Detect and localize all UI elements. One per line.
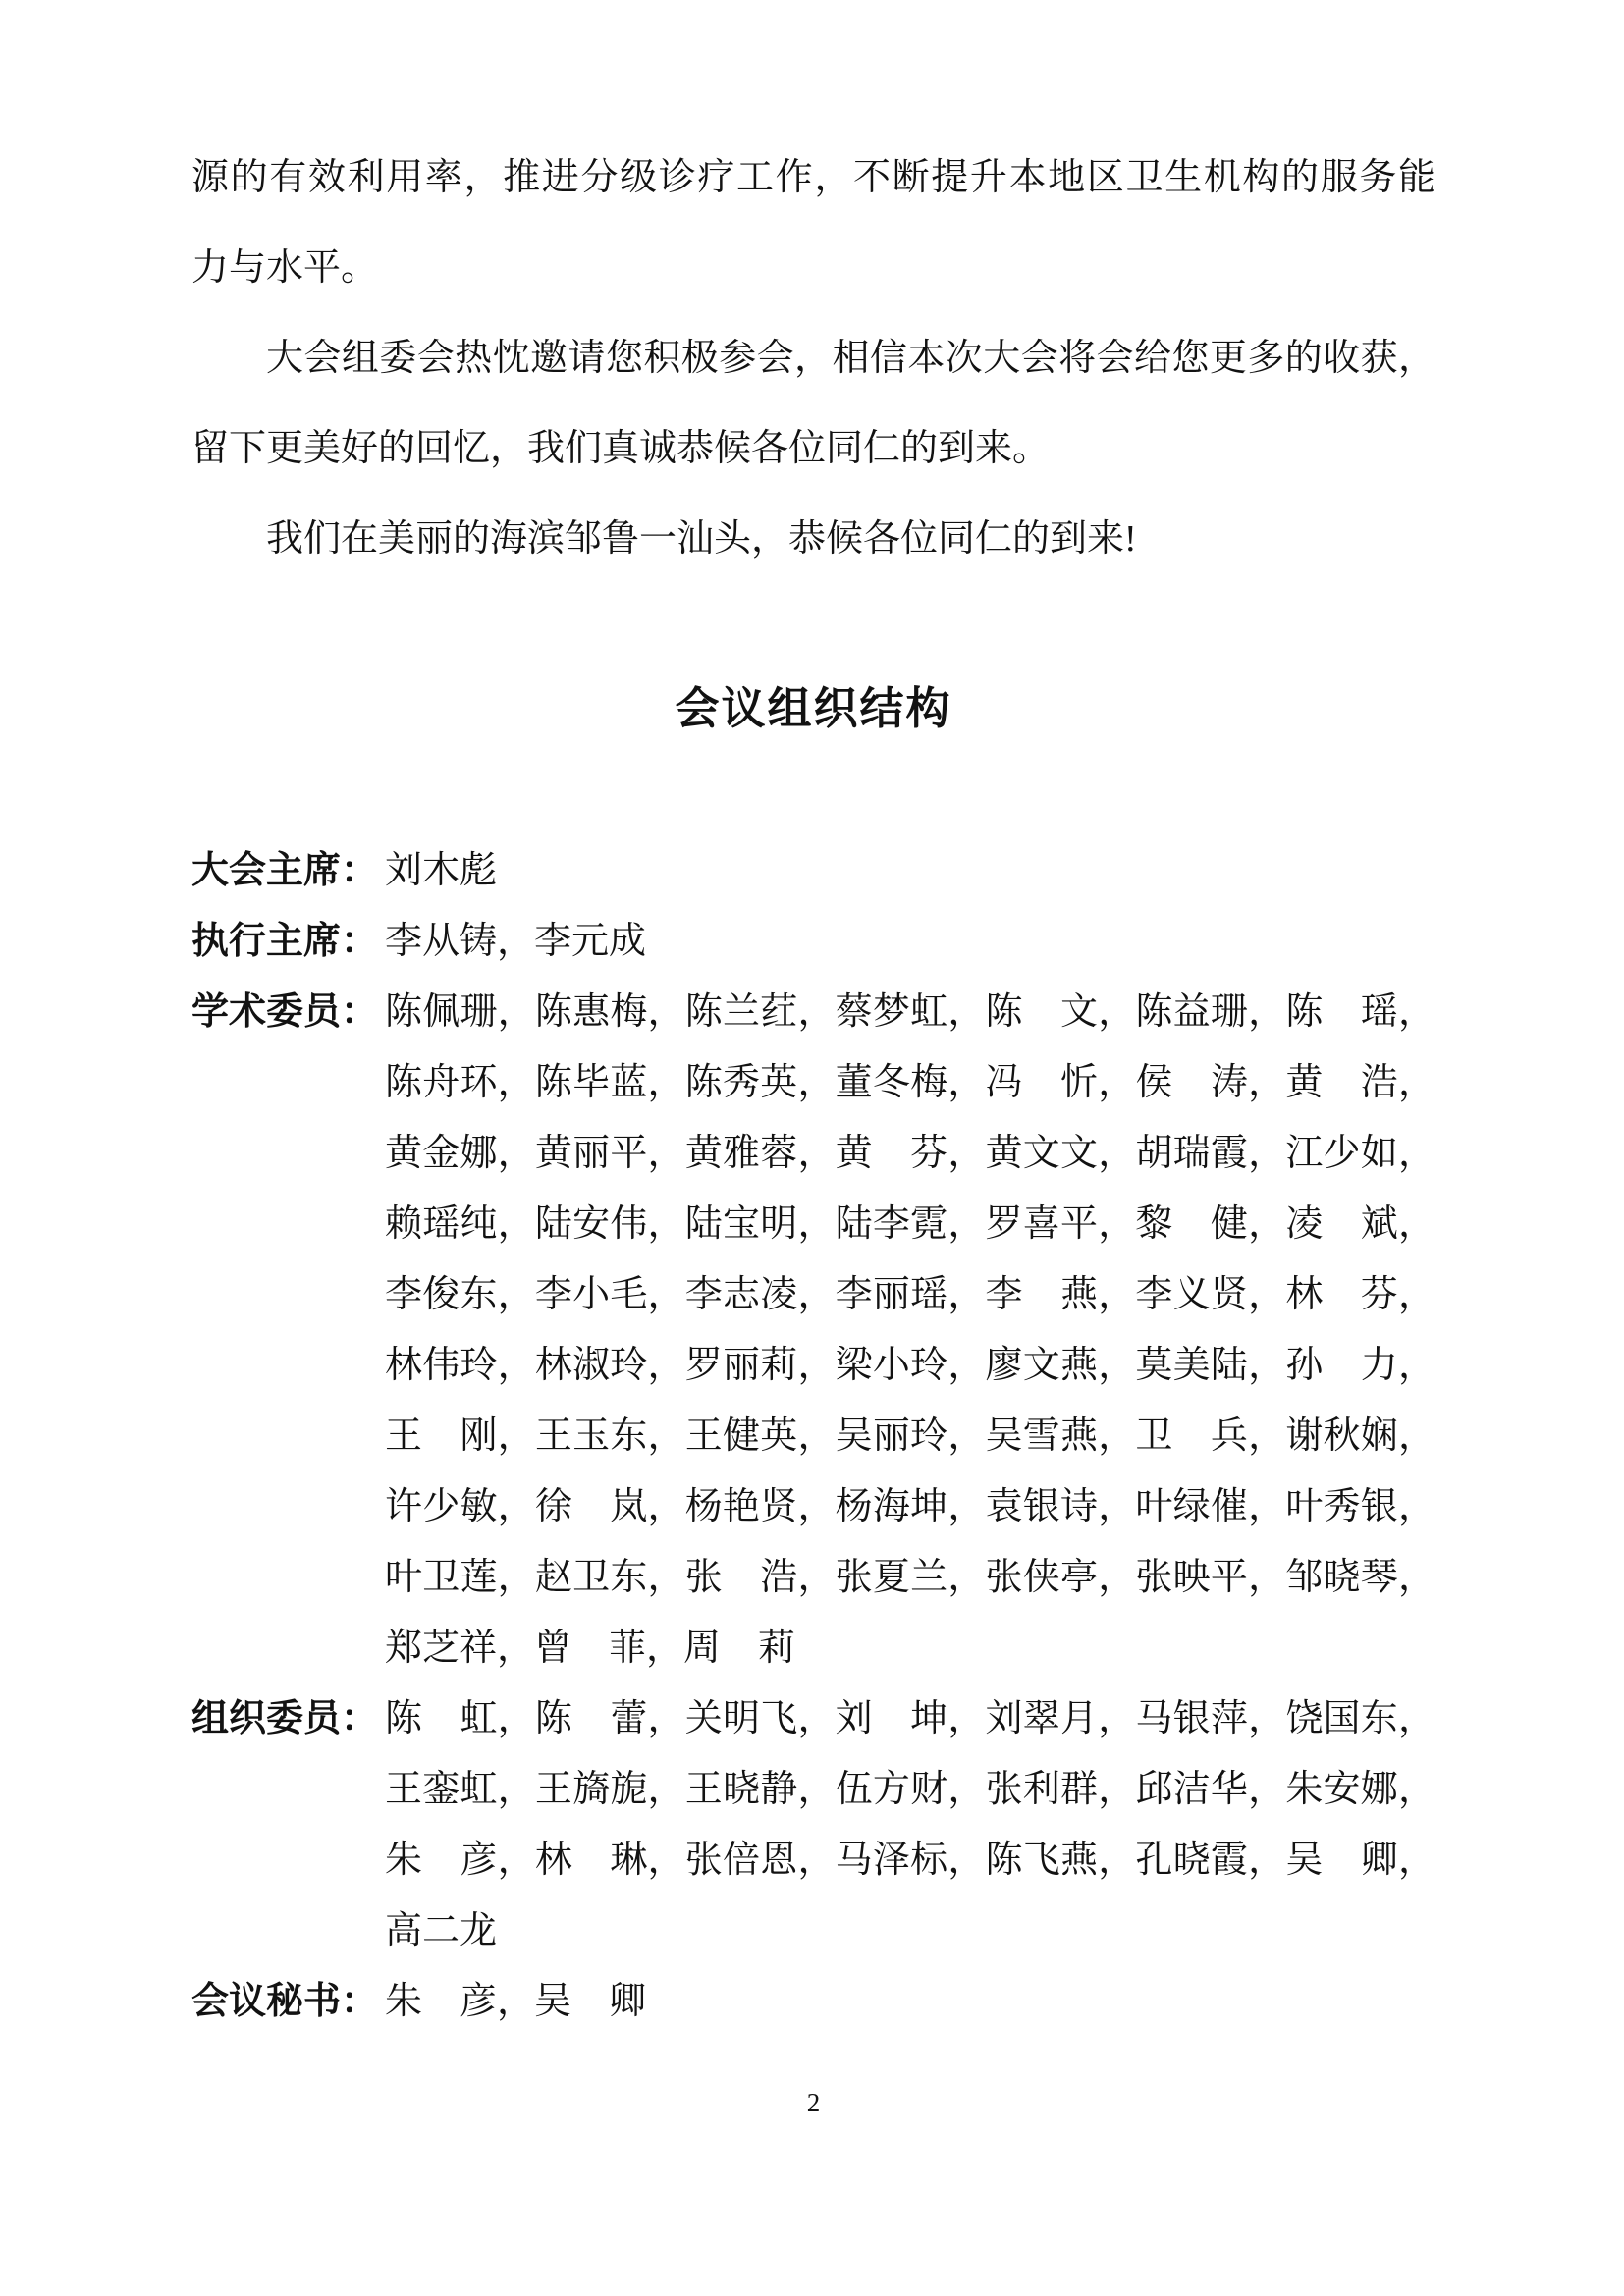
paragraph-1-line-1: 源的有效利用率，推进分级诊疗工作，不断提升本地区卫生机构的服务能 <box>191 133 1435 223</box>
academic-names-line-3: 黄金娜，黄丽平，黄雅蓉，黄 芬，黄文文，胡瑞霞，江少如， <box>385 1118 1435 1189</box>
committee-item-secretary: 会议秘书： 朱 彦，吴 卿 <box>191 1966 1435 2037</box>
paragraph-2: 大会组委会热忱邀请您积极参会，相信本次大会将会给您更多的收获， 留下更美好的回忆… <box>191 313 1435 494</box>
academic-names-line-2: 陈舟环，陈毕蓝，陈秀英，董冬梅，冯 忻，侯 涛，黄 浩， <box>385 1047 1435 1118</box>
document-content: 源的有效利用率，推进分级诊疗工作，不断提升本地区卫生机构的服务能 力与水平。 大… <box>0 0 1624 2118</box>
committee-item-academic: 学术委员： 陈佩珊，陈惠梅，陈兰荭，蔡梦虹，陈 文，陈益珊，陈 瑶， 陈舟环，陈… <box>191 977 1435 1683</box>
academic-committee-label: 学术委员： <box>191 977 378 1047</box>
organizing-names-line-3: 朱 彦，林 琳，张倍恩，马泽标，陈飞燕，孔晓霞，吴 卿， <box>385 1825 1435 1896</box>
academic-names-line-4: 赖瑶纯，陆安伟，陆宝明，陆李霓，罗喜平，黎 健，凌 斌， <box>385 1189 1435 1259</box>
paragraph-1: 源的有效利用率，推进分级诊疗工作，不断提升本地区卫生机构的服务能 力与水平。 <box>191 133 1435 313</box>
organizing-names-line-2: 王銮虹，王旖旎，王晓静，伍方财，张利群，邱洁华，朱安娜， <box>385 1754 1435 1825</box>
academic-names-line-9: 叶卫莲，赵卫东，张 浩，张夏兰，张侠亭，张映平，邹晓琴， <box>385 1542 1435 1613</box>
secretary-names: 朱 彦，吴 卿 <box>385 1966 1435 2037</box>
paragraph-2-line-1: 大会组委会热忱邀请您积极参会，相信本次大会将会给您更多的收获， <box>191 313 1435 403</box>
chairman-label: 大会主席： <box>191 835 378 906</box>
paragraph-2-line-2: 留下更美好的回忆，我们真诚恭候各位同仁的到来。 <box>191 403 1435 494</box>
page-number: 2 <box>191 2088 1435 2118</box>
chairman-names: 刘木彪 <box>385 835 1435 906</box>
organizing-names-line-1: 陈 虹，陈 蕾，关明飞，刘 坤，刘翠月，马银萍，饶国东， <box>385 1683 1435 1754</box>
document-page: 源的有效利用率，推进分级诊疗工作，不断提升本地区卫生机构的服务能 力与水平。 大… <box>0 0 1624 2296</box>
academic-names-line-6: 林伟玲，林淑玲，罗丽莉，梁小玲，廖文燕，莫美陆，孙 力， <box>385 1330 1435 1401</box>
committee-list: 大会主席： 刘木彪 执行主席： 李从铸，李元成 学术委员： 陈佩珊，陈惠梅，陈兰… <box>191 835 1435 2037</box>
executive-chairman-label: 执行主席： <box>191 906 378 977</box>
organizing-names-line-4: 高二龙 <box>385 1896 1435 1966</box>
committee-item-organizing: 组织委员： 陈 虹，陈 蕾，关明飞，刘 坤，刘翠月，马银萍，饶国东， 王銮虹，王… <box>191 1683 1435 1966</box>
secretary-label: 会议秘书： <box>191 1966 378 2037</box>
paragraph-3-line-1: 我们在美丽的海滨邹鲁一汕头，恭候各位同仁的到来! <box>191 494 1435 584</box>
academic-names-line-7: 王 刚，王玉东，王健英，吴丽玲，吴雪燕，卫 兵，谢秋娴， <box>385 1401 1435 1471</box>
academic-names-line-1: 陈佩珊，陈惠梅，陈兰荭，蔡梦虹，陈 文，陈益珊，陈 瑶， <box>385 977 1435 1047</box>
section-heading: 会议组织结构 <box>191 678 1435 739</box>
committee-item-executive-chairman: 执行主席： 李从铸，李元成 <box>191 906 1435 977</box>
committee-item-chairman: 大会主席： 刘木彪 <box>191 835 1435 906</box>
academic-names-line-10: 郑芝祥，曾 菲，周 莉 <box>385 1613 1435 1683</box>
executive-chairman-names: 李从铸，李元成 <box>385 906 1435 977</box>
paragraph-3: 我们在美丽的海滨邹鲁一汕头，恭候各位同仁的到来! <box>191 494 1435 584</box>
paragraph-1-line-2: 力与水平。 <box>191 223 1435 313</box>
academic-names-line-5: 李俊东，李小毛，李志凌，李丽瑶，李 燕，李义贤，林 芬， <box>385 1259 1435 1330</box>
organizing-committee-label: 组织委员： <box>191 1683 378 1754</box>
academic-names-line-8: 许少敏，徐 岚，杨艳贤，杨海坤，袁银诗，叶绿催，叶秀银， <box>385 1471 1435 1542</box>
